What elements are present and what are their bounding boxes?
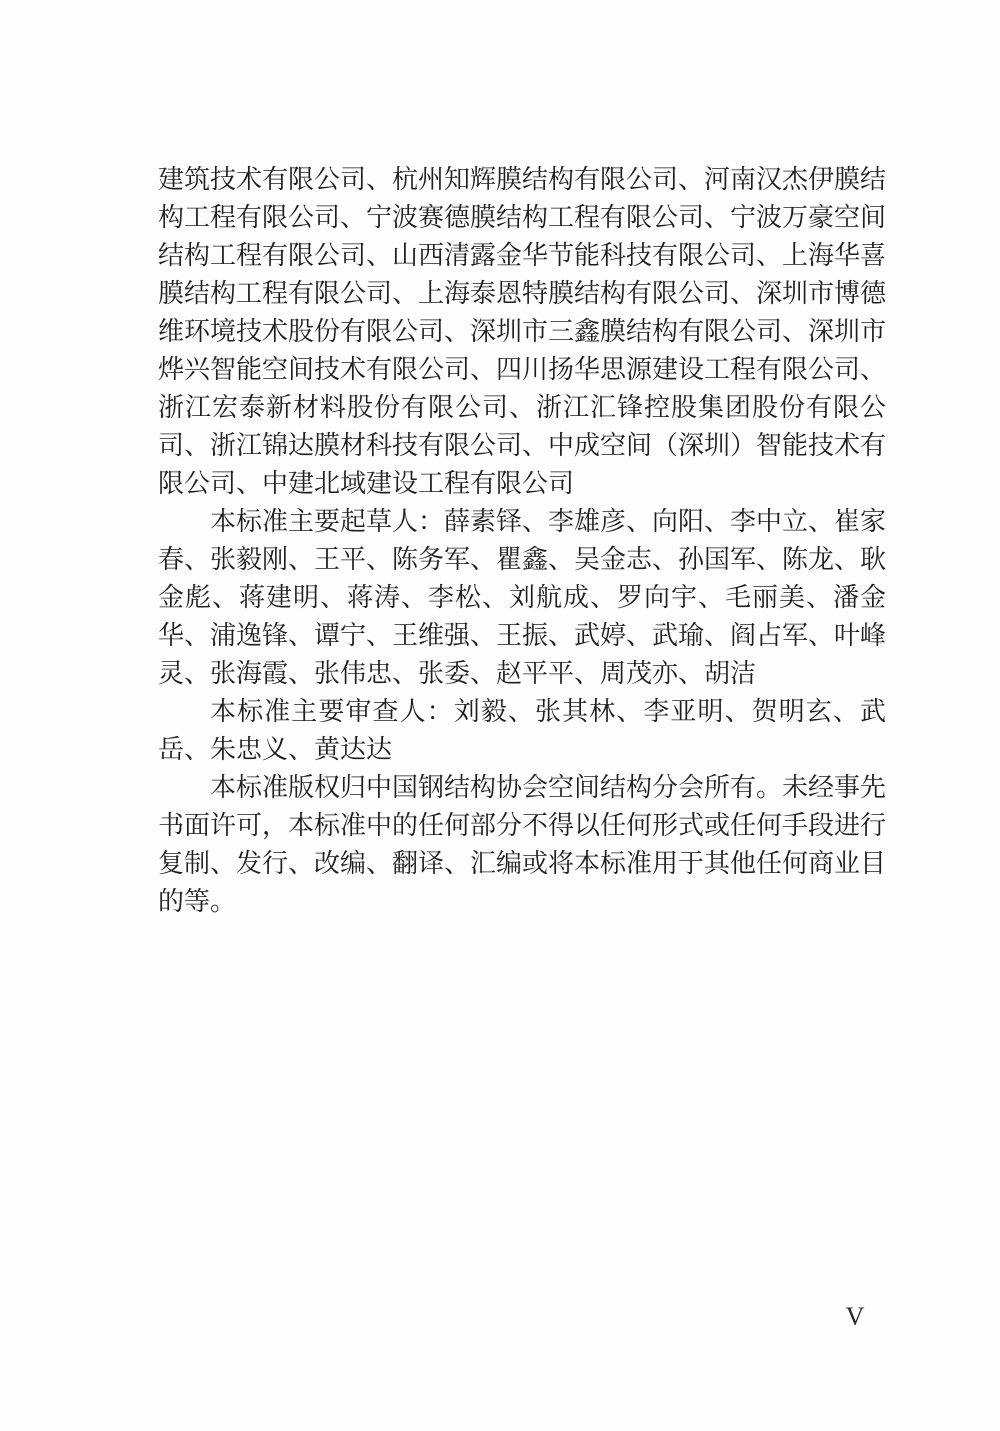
- text-line: 限公司、中建北域建设工程有限公司: [158, 465, 886, 503]
- text-line: 浙江宏泰新材料股份有限公司、浙江汇锋控股集团股份有限公: [158, 389, 886, 427]
- paragraph-copyright-notice: 本标准版权归中国钢结构协会空间结构分会所有。未经事先 书面许可，本标准中的任何部…: [158, 769, 886, 921]
- text-line: 膜结构工程有限公司、上海泰恩特膜结构有限公司、深圳市博德: [158, 275, 886, 313]
- text-line: 华、浦逸锋、谭宁、王维强、王振、武婷、武瑜、阎占军、叶峰: [158, 617, 886, 655]
- text-line: 司、浙江锦达膜材科技有限公司、中成空间（深圳）智能技术有: [158, 427, 886, 465]
- paragraph-main-drafters: 本标准主要起草人：薛素铎、李雄彦、向阳、李中立、崔家 春、张毅刚、王平、陈务军、…: [158, 503, 886, 693]
- paragraph-main-reviewers: 本标准主要审查人：刘毅、张其林、李亚明、贺明玄、武 岳、朱忠义、黄达达: [158, 693, 886, 769]
- text-line: 本标准主要审查人：刘毅、张其林、李亚明、贺明玄、武: [158, 693, 886, 731]
- text-line: 本标准版权归中国钢结构协会空间结构分会所有。未经事先: [158, 769, 886, 807]
- text-line: 建筑技术有限公司、杭州知辉膜结构有限公司、河南汉杰伊膜结: [158, 161, 886, 199]
- text-line: 春、张毅刚、王平、陈务军、瞿鑫、吴金志、孙国军、陈龙、耿: [158, 541, 886, 579]
- text-line: 岳、朱忠义、黄达达: [158, 731, 886, 769]
- document-page: 建筑技术有限公司、杭州知辉膜结构有限公司、河南汉杰伊膜结 构工程有限公司、宁波赛…: [0, 0, 1000, 1431]
- text-line: 本标准主要起草人：薛素铎、李雄彦、向阳、李中立、崔家: [158, 503, 886, 541]
- text-line: 结构工程有限公司、山西清露金华节能科技有限公司、上海华喜: [158, 237, 886, 275]
- text-line: 书面许可，本标准中的任何部分不得以任何形式或任何手段进行: [158, 807, 886, 845]
- text-line: 金彪、蒋建明、蒋涛、李松、刘航成、罗向宇、毛丽美、潘金: [158, 579, 886, 617]
- text-line: 维环境技术股份有限公司、深圳市三鑫膜结构有限公司、深圳市: [158, 313, 886, 351]
- text-line: 复制、发行、改编、翻译、汇编或将本标准用于其他任何商业目: [158, 845, 886, 883]
- page-number: V: [830, 1302, 880, 1332]
- page-body-text: 建筑技术有限公司、杭州知辉膜结构有限公司、河南汉杰伊膜结 构工程有限公司、宁波赛…: [158, 161, 886, 921]
- text-line: 的等。: [158, 883, 886, 921]
- text-line: 灵、张海霞、张伟忠、张委、赵平平、周茂亦、胡洁: [158, 655, 886, 693]
- text-line: 烨兴智能空间技术有限公司、四川扬华思源建设工程有限公司、: [158, 351, 886, 389]
- text-line: 构工程有限公司、宁波赛德膜结构工程有限公司、宁波万豪空间: [158, 199, 886, 237]
- paragraph-drafting-organizations: 建筑技术有限公司、杭州知辉膜结构有限公司、河南汉杰伊膜结 构工程有限公司、宁波赛…: [158, 161, 886, 503]
